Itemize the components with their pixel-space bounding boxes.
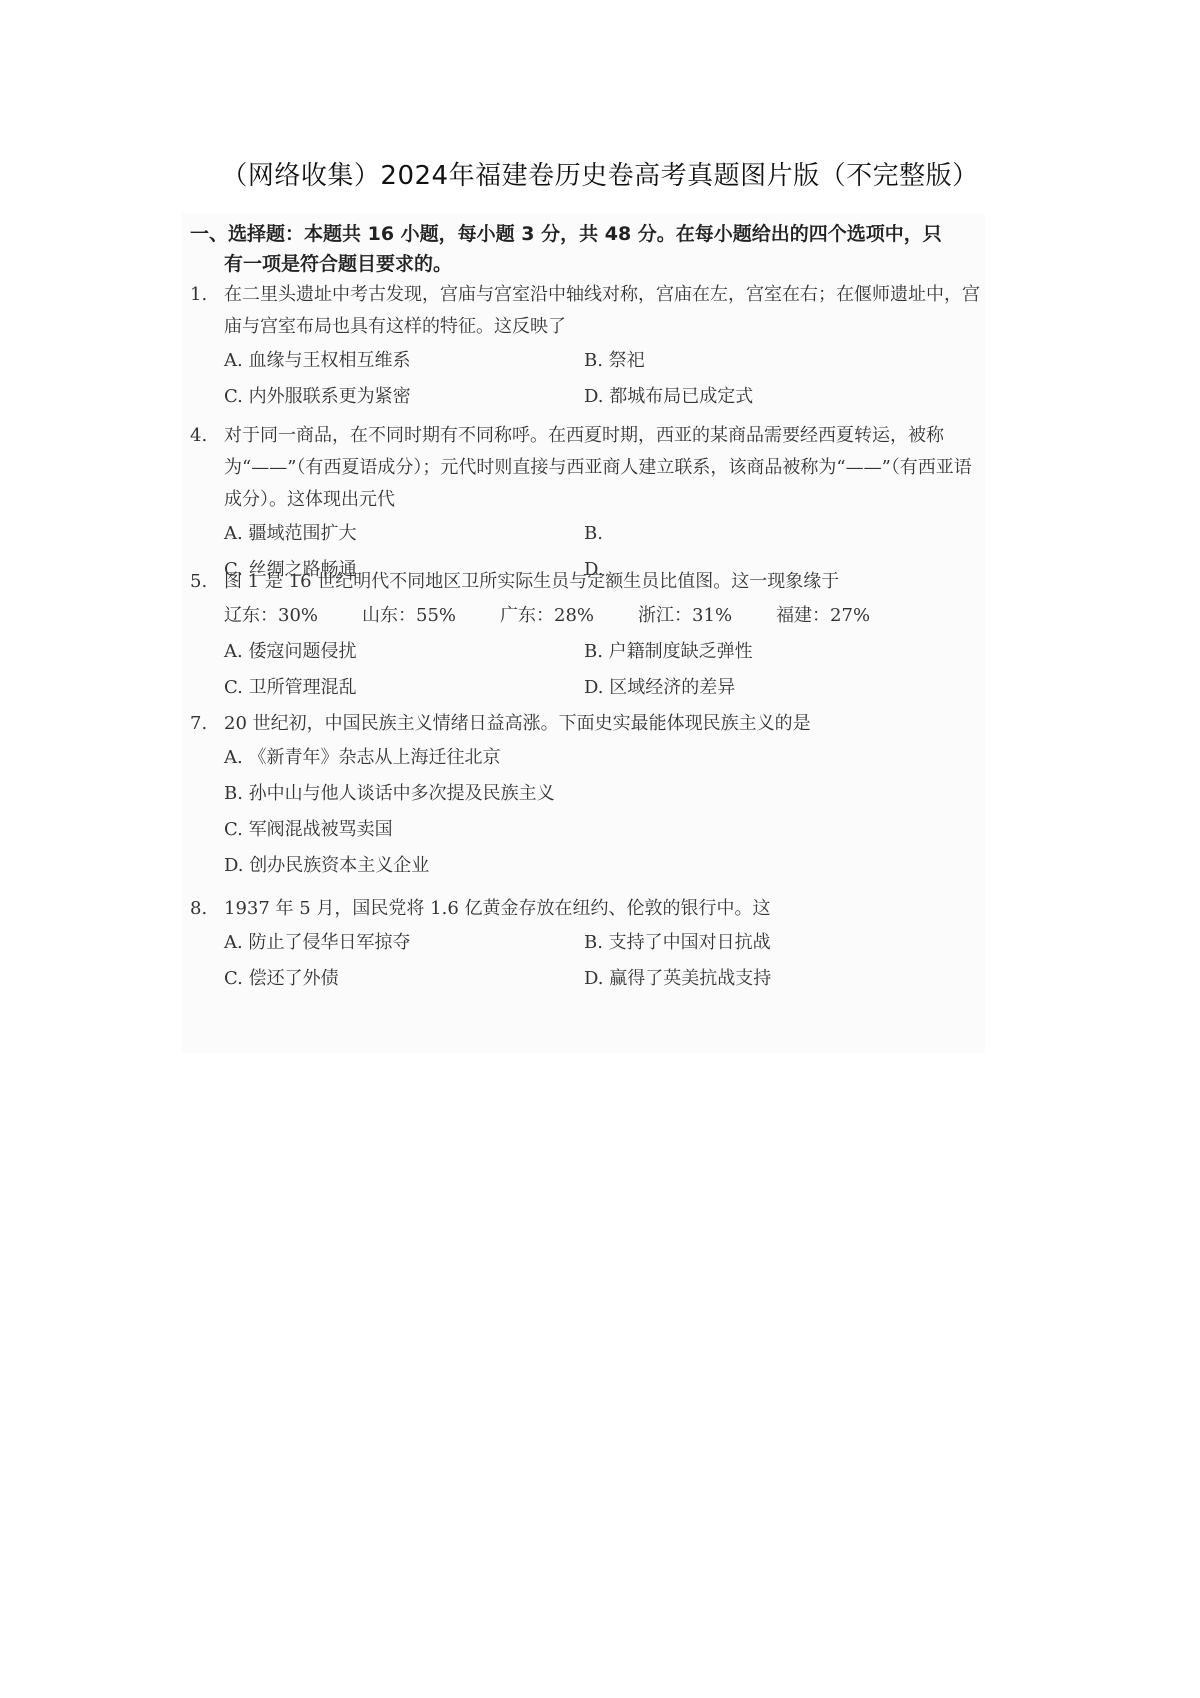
question-5: 5. 图 1 是 16 世纪明代不同地区卫所实际生员与定额生员比值图。这一现象缘… [190, 566, 980, 706]
option-a: A. 血缘与王权相互维系 [224, 345, 584, 377]
question-stem: 在二里头遗址中考古发现，宫庙与宫室沿中轴线对称，宫庙在左，宫室在右；在偃师遗址中… [190, 279, 980, 343]
question-1: 1. 在二里头遗址中考古发现，宫庙与宫室沿中轴线对称，宫庙在左，宫室在右；在偃师… [190, 279, 980, 415]
option-d: D. 都城布局已成定式 [584, 381, 944, 413]
question-number: 5. [190, 566, 218, 598]
option-b: B. 孙中山与他人谈话中多次提及民族主义 [224, 776, 980, 812]
option-d: D. 赢得了英美抗战支持 [584, 963, 944, 995]
option-c: C. 军阀混战被骂卖国 [224, 812, 980, 848]
options: A. 防止了侵华日军掠夺 B. 支持了中国对日抗战 C. 偿还了外债 D. 赢得… [190, 925, 980, 997]
question-stem: 20 世纪初，中国民族主义情绪日益高涨。下面史实最能体现民族主义的是 [190, 708, 980, 740]
option-d: D. 创办民族资本主义企业 [224, 848, 980, 884]
ratio-guangdong: 广东：28% [500, 598, 594, 634]
question-number: 8. [190, 893, 218, 925]
option-a: A. 疆域范围扩大 [224, 518, 584, 550]
scanned-exam-page: 一、选择题：本题共 16 小题，每小题 3 分，共 48 分。在每小题给出的四个… [182, 213, 985, 1053]
question-8: 8. 1937 年 5 月，国民党将 1.6 亿黄金存放在纽约、伦敦的银行中。这… [190, 893, 980, 997]
options: A. 倭寇问题侵扰 B. 户籍制度缺乏弹性 C. 卫所管理混乱 D. 区域经济的… [190, 634, 980, 706]
ratio-shandong: 山东：55% [362, 598, 456, 634]
section-heading: 一、选择题：本题共 16 小题，每小题 3 分，共 48 分。在每小题给出的四个… [190, 219, 980, 279]
option-b: B. [584, 518, 944, 550]
option-d: D. 区域经济的差异 [584, 672, 944, 704]
question-number: 4. [190, 420, 218, 452]
question-stem: 图 1 是 16 世纪明代不同地区卫所实际生员与定额生员比值图。这一现象缘于 [190, 566, 980, 598]
question-number: 1. [190, 279, 218, 311]
option-b: B. 祭祀 [584, 345, 944, 377]
ratio-zhejiang: 浙江：31% [638, 598, 732, 634]
option-b: B. 户籍制度缺乏弹性 [584, 636, 944, 668]
option-a: A. 倭寇问题侵扰 [224, 636, 584, 668]
question-4: 4. 对于同一商品，在不同时期有不同称呼。在西夏时期，西亚的某商品需要经西夏转运… [190, 420, 980, 588]
options: A. 血缘与王权相互维系 B. 祭祀 C. 内外服联系更为紧密 D. 都城布局已… [190, 343, 980, 415]
options: A. 《新青年》杂志从上海迁往北京 B. 孙中山与他人谈话中多次提及民族主义 C… [190, 740, 980, 884]
option-c: C. 卫所管理混乱 [224, 672, 584, 704]
option-c: C. 内外服联系更为紧密 [224, 381, 584, 413]
ratio-data-row: 辽东：30% 山东：55% 广东：28% 浙江：31% 福建：27% [190, 598, 980, 634]
question-stem: 1937 年 5 月，国民党将 1.6 亿黄金存放在纽约、伦敦的银行中。这 [190, 893, 980, 925]
option-a: A. 防止了侵华日军掠夺 [224, 927, 584, 959]
ratio-liaodong: 辽东：30% [224, 598, 318, 634]
question-number: 7. [190, 708, 218, 740]
option-c: C. 偿还了外债 [224, 963, 584, 995]
section-heading-line-2: 有一项是符合题目要求的。 [190, 249, 980, 279]
question-7: 7. 20 世纪初，中国民族主义情绪日益高涨。下面史实最能体现民族主义的是 A.… [190, 708, 980, 884]
question-stem: 对于同一商品，在不同时期有不同称呼。在西夏时期，西亚的某商品需要经西夏转运，被称… [190, 420, 980, 516]
ratio-fujian: 福建：27% [776, 598, 870, 634]
option-b: B. 支持了中国对日抗战 [584, 927, 944, 959]
option-a: A. 《新青年》杂志从上海迁往北京 [224, 740, 980, 776]
document-title: （网络收集）2024年福建卷历史卷高考真题图片版（不完整版） [0, 155, 1200, 192]
section-heading-line-1: 一、选择题：本题共 16 小题，每小题 3 分，共 48 分。在每小题给出的四个… [190, 223, 942, 245]
